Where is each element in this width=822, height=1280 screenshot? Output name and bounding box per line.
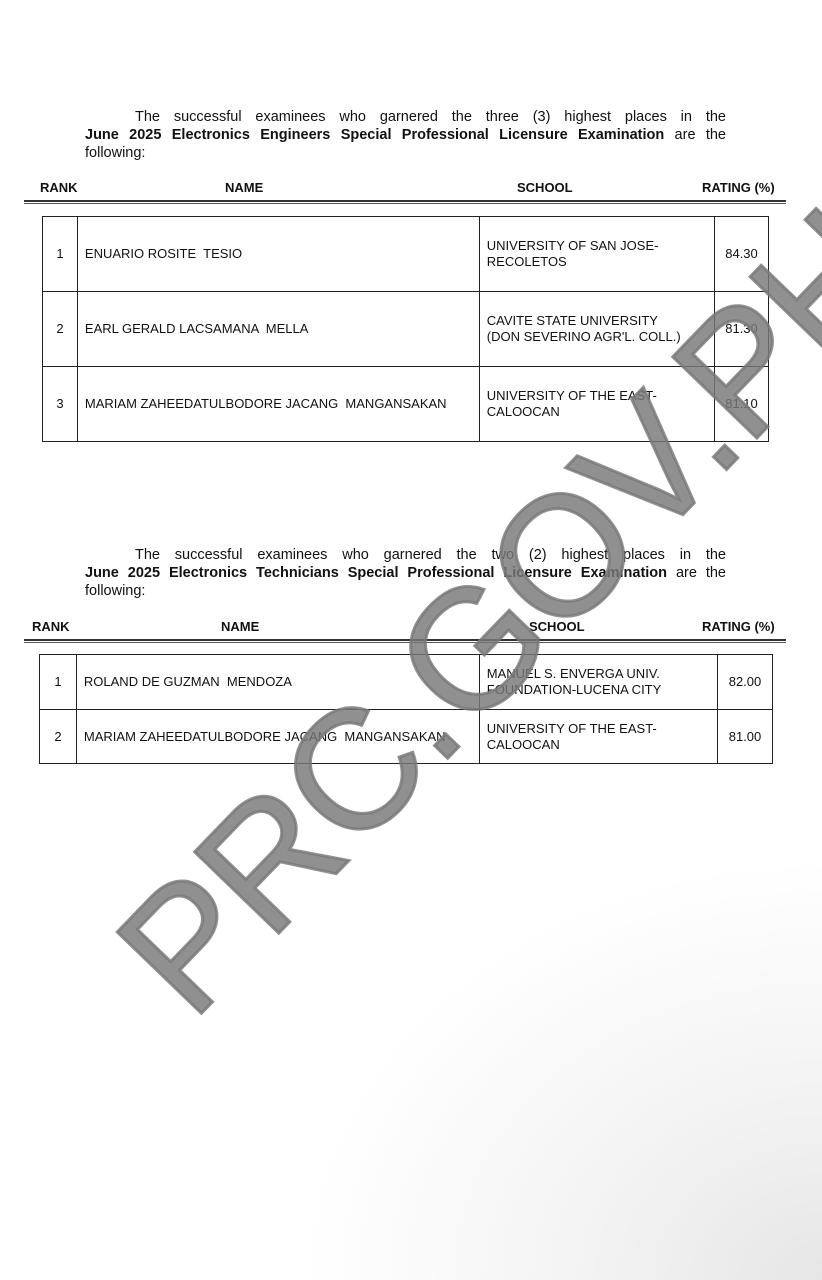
intro-line: June 2025 Electronics Engineers Special … [85, 126, 726, 144]
results-table-technicians: 1 ROLAND DE GUZMAN MENDOZA MANUEL S. ENV… [39, 654, 773, 764]
rank-cell: 1 [43, 217, 78, 292]
header-school: SCHOOL [529, 619, 585, 634]
school-cell: MANUEL S. ENVERGA UNIV.FOUNDATION-LUCENA… [479, 655, 717, 710]
document-page: The successful examinees who garnered th… [0, 0, 822, 1280]
table-row: 2 EARL GERALD LACSAMANA MELLA CAVITE STA… [43, 292, 769, 367]
header-school: SCHOOL [517, 180, 573, 195]
rank-cell: 2 [40, 710, 77, 764]
table-row: 3 MARIAM ZAHEEDATULBODORE JACANG MANGANS… [43, 367, 769, 442]
rating-cell: 81.10 [715, 367, 769, 442]
school-cell: CAVITE STATE UNIVERSITY(DON SEVERINO AGR… [479, 292, 714, 367]
rank-cell: 2 [43, 292, 78, 367]
rating-cell: 81.30 [715, 292, 769, 367]
column-headers-engineers: RANK NAME SCHOOL RATING (%) [24, 178, 786, 202]
school-cell: UNIVERSITY OF THE EAST-CALOOCAN [479, 367, 714, 442]
school-cell: UNIVERSITY OF THE EAST-CALOOCAN [479, 710, 717, 764]
name-cell: EARL GERALD LACSAMANA MELLA [77, 292, 479, 367]
intro-line: June 2025 Electronics Technicians Specia… [85, 564, 726, 582]
intro-paragraph-technicians: The successful examinees who garnered th… [85, 546, 726, 600]
intro-line: following: [85, 145, 145, 161]
table-row: 2 MARIAM ZAHEEDATULBODORE JACANG MANGANS… [40, 710, 773, 764]
intro-line: following: [85, 583, 145, 599]
intro-line: The successful examinees who garnered th… [85, 546, 726, 564]
intro-paragraph-engineers: The successful examinees who garnered th… [85, 108, 726, 162]
header-name: NAME [221, 619, 259, 634]
rating-cell: 82.00 [718, 655, 773, 710]
name-cell: MARIAM ZAHEEDATULBODORE JACANG MANGANSAK… [76, 710, 479, 764]
intro-line: The successful examinees who garnered th… [85, 108, 726, 126]
header-rating: RATING (%) [702, 180, 775, 195]
table-row: 1 ENUARIO ROSITE TESIO UNIVERSITY OF SAN… [43, 217, 769, 292]
name-cell: ROLAND DE GUZMAN MENDOZA [76, 655, 479, 710]
rating-cell: 81.00 [718, 710, 773, 764]
exam-title: June 2025 Electronics Engineers Special … [85, 127, 664, 143]
school-cell: UNIVERSITY OF SAN JOSE-RECOLETOS [479, 217, 714, 292]
table-row: 1 ROLAND DE GUZMAN MENDOZA MANUEL S. ENV… [40, 655, 773, 710]
rank-cell: 1 [40, 655, 77, 710]
name-cell: ENUARIO ROSITE TESIO [77, 217, 479, 292]
header-rank: RANK [32, 619, 70, 634]
header-name: NAME [225, 180, 263, 195]
results-table-engineers: 1 ENUARIO ROSITE TESIO UNIVERSITY OF SAN… [42, 216, 769, 442]
name-cell: MARIAM ZAHEEDATULBODORE JACANG MANGANSAK… [77, 367, 479, 442]
exam-title: June 2025 Electronics Technicians Specia… [85, 565, 667, 581]
rating-cell: 84.30 [715, 217, 769, 292]
header-rank: RANK [40, 180, 78, 195]
header-rating: RATING (%) [702, 619, 775, 634]
column-headers-technicians: RANK NAME SCHOOL RATING (%) [24, 617, 786, 641]
rank-cell: 3 [43, 367, 78, 442]
